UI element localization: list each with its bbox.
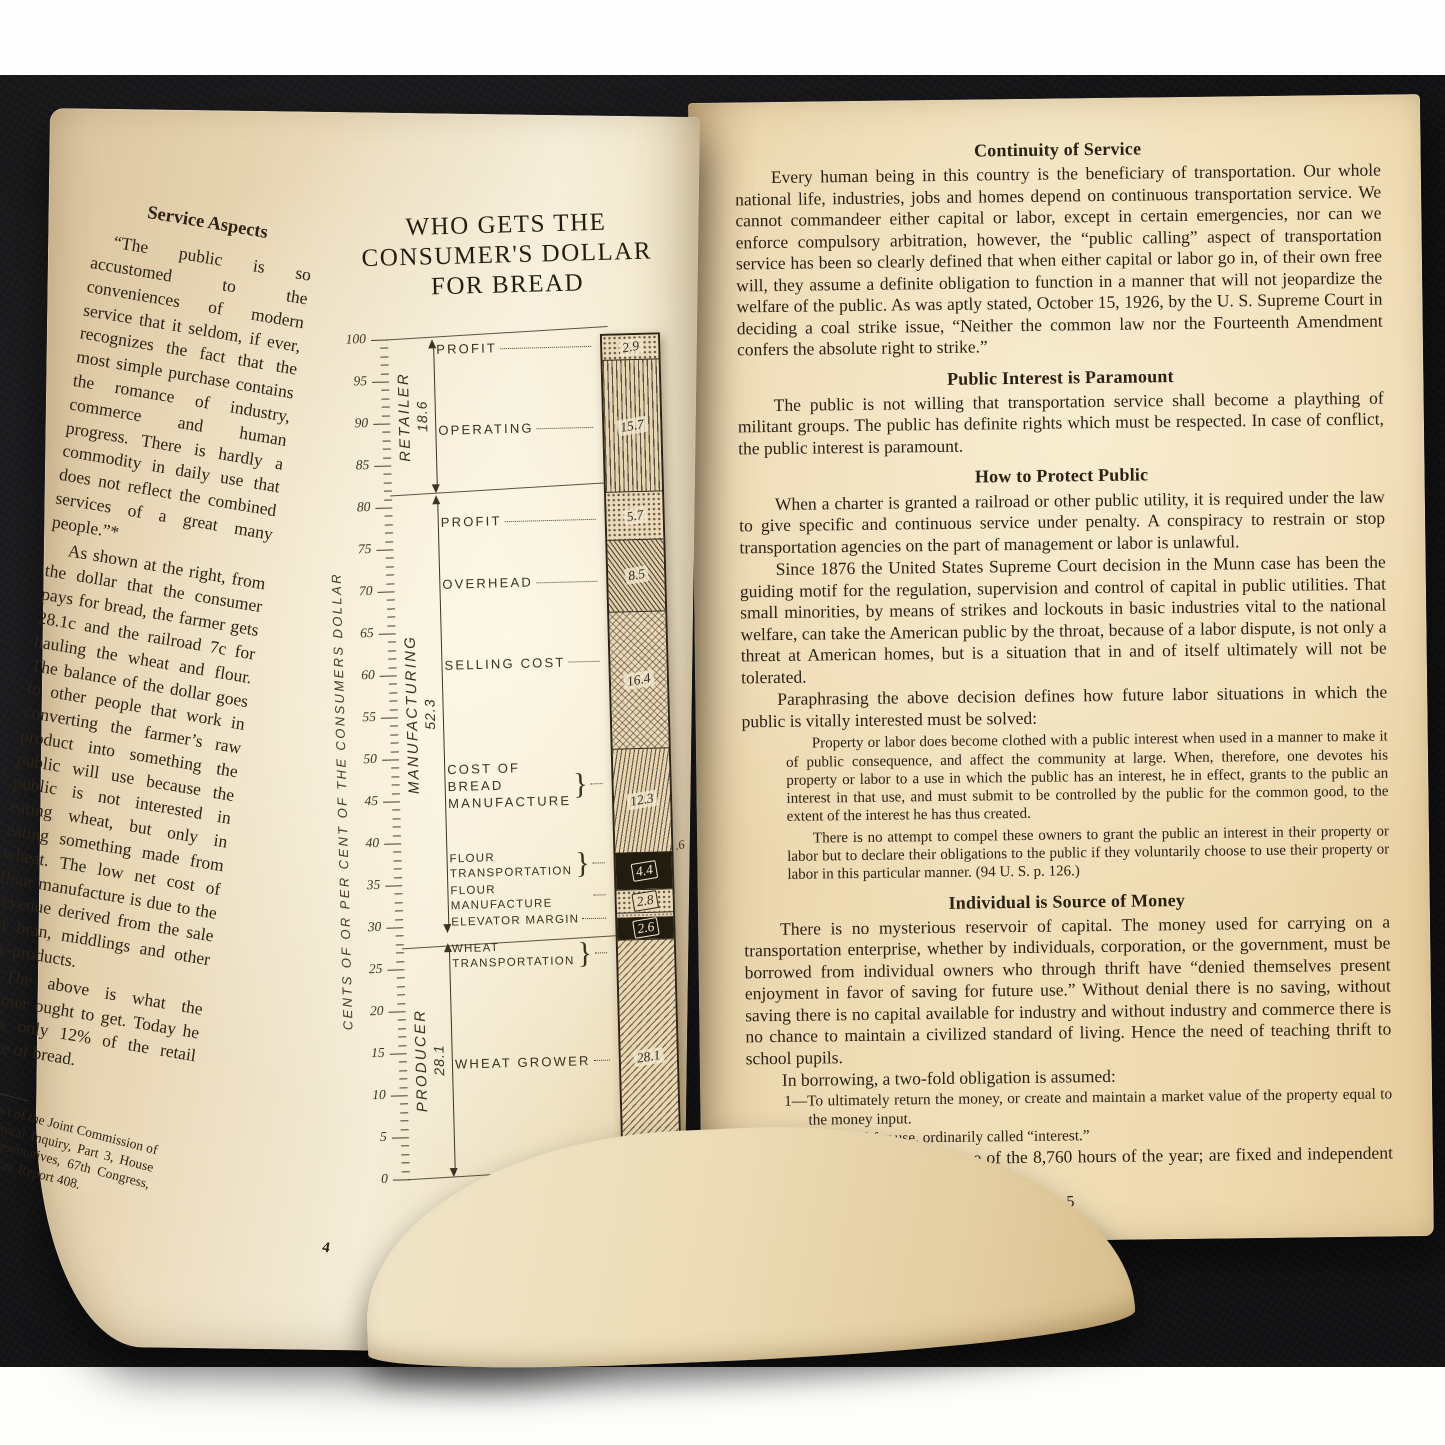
axis-tick [391, 776, 399, 777]
axis-tick [384, 499, 392, 500]
bar-segment: 8.5 [607, 538, 665, 611]
leader-line [537, 427, 594, 429]
axis-tick [398, 1020, 406, 1021]
axis-tick-label: 100 [332, 331, 366, 348]
axis-tick [390, 726, 398, 727]
axis-tick [387, 625, 395, 626]
bar-segment: 2.6 [617, 916, 674, 939]
segment-value: 16.4 [623, 670, 655, 691]
paragraph: There is no mysterious reservoir of capi… [744, 911, 1392, 1069]
segment-label-row: FLOUR MANUFACTURE [450, 880, 609, 914]
axis-tick [383, 449, 391, 450]
leader-line [582, 918, 606, 920]
paragraph: When a charter is granted a railroad or … [739, 486, 1386, 558]
axis-tick [401, 1129, 409, 1130]
bar-segment: 16.4 [609, 610, 669, 749]
segment-label-row: OPERATING [438, 419, 596, 440]
segment-label: OPERATING [438, 421, 534, 440]
axis-tick [379, 633, 396, 634]
axis-tick-label: 0 [354, 1171, 388, 1188]
axis-tick [381, 398, 389, 399]
bar-segment: 12.3 [613, 748, 672, 853]
axis-tick [399, 1078, 407, 1079]
bar-segment: 2.8 [616, 888, 673, 913]
axis-tick [386, 575, 394, 576]
axis-tick [394, 869, 402, 870]
group-name: PRODUCER [411, 1009, 431, 1113]
axis-tick [383, 474, 391, 475]
axis-tick [387, 600, 395, 601]
segment-value: 2.9 [618, 338, 643, 358]
segment-label: OVERHEAD [442, 574, 533, 593]
segment-label-row: SELLING COST [444, 653, 602, 674]
segment-value: 15.7 [616, 416, 648, 437]
group-label: RETAILER18.6 [392, 338, 434, 495]
axis-tick [395, 902, 403, 903]
axis-tick [398, 1028, 406, 1029]
segment-value: .6 [674, 837, 686, 854]
axis-tick [383, 457, 391, 458]
axis-tick [389, 692, 397, 693]
page-number-4: 4 [321, 1239, 331, 1257]
axis-tick [385, 516, 393, 517]
axis-tick [389, 1011, 406, 1012]
axis-tick [381, 717, 398, 718]
axis-tick [384, 843, 401, 844]
axis-tick [389, 701, 397, 702]
axis-tick-label: 35 [346, 877, 380, 894]
axis-tick [402, 1162, 410, 1163]
segment-label-row: COST OF BREAD MANUFACTURE} [447, 758, 606, 812]
leader-line [569, 661, 600, 663]
axis-tick [386, 558, 394, 559]
axis-tick [389, 667, 397, 668]
axis-tick [392, 818, 400, 819]
right-page-content: Continuity of Service Every human being … [734, 135, 1393, 1213]
axis-tick [390, 1053, 407, 1054]
brace-glyph: } [573, 770, 588, 797]
segment-label: WHEAT TRANSPORTATION [452, 939, 576, 972]
axis-tick [382, 407, 390, 408]
segment-value: 8.5 [624, 566, 649, 586]
segment-label: ELEVATOR MARGIN [451, 912, 579, 930]
axis-tick [397, 1003, 405, 1004]
footnote-text: * Report of the Joint Commission of Agri… [0, 1093, 159, 1192]
axis-tick [375, 507, 392, 508]
group-label: PRODUCER28.1 [408, 942, 452, 1179]
axis-tick [393, 827, 401, 828]
axis-tick [393, 852, 401, 853]
axis-tick [376, 549, 393, 550]
leader-line [594, 1060, 610, 1061]
axis-tick [396, 944, 404, 945]
axis-tick [394, 860, 402, 861]
paragraph: Every human being in this country is the… [735, 160, 1383, 362]
axis-tick-label: 5 [353, 1129, 387, 1146]
segment-value: 2.8 [631, 890, 659, 912]
axis-tick-label: 10 [352, 1087, 386, 1104]
axis-tick [382, 759, 399, 760]
group-bracket: PRODUCER28.1 [408, 942, 460, 1179]
axis-tick-label: 95 [333, 373, 367, 390]
axis-tick-label: 90 [334, 415, 368, 432]
segment-value: 12.3 [626, 790, 658, 811]
axis-tick [393, 835, 401, 836]
segment-label-row: FLOUR TRANSPORTATION} [449, 848, 608, 882]
axis-tick [394, 894, 402, 895]
axis-tick [382, 415, 390, 416]
group-value: 28.1 [430, 1045, 447, 1077]
axis-tick [395, 919, 403, 920]
axis-tick [396, 936, 404, 937]
axis-tick [395, 910, 403, 911]
axis-tick [386, 583, 394, 584]
group-value: 52.3 [421, 699, 438, 731]
axis-tick [388, 642, 396, 643]
axis-tick [378, 591, 395, 592]
group-name: RETAILER [395, 372, 414, 462]
segment-value: 4.4 [630, 860, 658, 882]
axis-tick-label: 15 [350, 1045, 384, 1062]
brace-glyph: } [575, 850, 590, 877]
segment-label: FLOUR MANUFACTURE [450, 881, 591, 914]
axis-tick [385, 885, 402, 886]
axis-tick [388, 650, 396, 651]
axis-tick-label: 20 [349, 1003, 383, 1020]
bar-segment: 2.9 [602, 334, 659, 360]
segment-value: 5.7 [622, 506, 647, 526]
segment-value: 28.1 [633, 1047, 665, 1068]
segment-label-row: PROFIT [441, 511, 599, 532]
axis-tick [391, 743, 399, 744]
group-value: 18.6 [414, 401, 431, 433]
axis-tick-label: 85 [335, 457, 369, 474]
leader-line [595, 953, 607, 954]
axis-tick-label: 65 [339, 625, 373, 642]
axis-tick [386, 927, 403, 928]
axis-tick [391, 751, 399, 752]
segment-label: PROFIT [436, 340, 497, 358]
scan-margin-bottom [0, 1367, 1445, 1445]
axis-tick [387, 617, 395, 618]
axis-tick [402, 1171, 410, 1172]
axis-tick [383, 440, 391, 441]
axis-tick-label: 25 [348, 961, 382, 978]
axis-tick [396, 961, 404, 962]
axis-tick-label: 70 [338, 583, 372, 600]
axis-tick [388, 659, 396, 660]
axis-tick [385, 541, 393, 542]
axis-tick [386, 566, 394, 567]
axis-tick [397, 986, 405, 987]
axis-tick [385, 524, 393, 525]
axis-tick [392, 1137, 409, 1138]
axis-tick [390, 734, 398, 735]
segment-label-row: PROFIT [436, 338, 594, 359]
axis-tick [400, 1104, 408, 1105]
bar-segment: 4.4 [615, 851, 672, 889]
bar-column: 2.915.75.78.516.412.34.42.82.628.1 [600, 332, 682, 1177]
axis-tick [387, 969, 404, 970]
right-page: Continuity of Service Every human being … [688, 94, 1434, 1245]
segment-label-row: ELEVATOR MARGIN [451, 911, 609, 930]
group-name: MANUFACTURING [402, 635, 423, 795]
axis-tick [396, 952, 404, 953]
axis-tick [384, 491, 392, 492]
leader-line [591, 783, 603, 784]
footnote-rule [0, 1085, 29, 1102]
axis-tick [401, 1154, 409, 1155]
paragraph: “The public is so accustomed to the conv… [50, 227, 312, 570]
axis-tick [401, 1146, 409, 1147]
axis-tick-label: 50 [343, 751, 377, 768]
axis-tick [392, 810, 400, 811]
left-text-column: Service Aspects “The public is so accust… [0, 193, 318, 1198]
paragraph: The public is not willing that transport… [738, 387, 1385, 459]
booklet-photo: Continuity of Service Every human being … [0, 0, 1445, 1445]
axis-tick [400, 1112, 408, 1113]
axis-tick [381, 365, 389, 366]
axis-tick [400, 1087, 408, 1088]
bar-segment: 15.7 [603, 359, 662, 492]
axis-tick-label: 45 [344, 793, 378, 810]
paragraph: As shown at the right, from the dollar t… [0, 536, 267, 996]
axis-tick [397, 994, 405, 995]
axis-tick [380, 356, 388, 357]
axis-tick [381, 373, 389, 374]
axis-tick [381, 390, 389, 391]
axis-tick [391, 1095, 408, 1096]
axis-tick [392, 785, 400, 786]
group-bracket: MANUFACTURING52.3 [396, 494, 453, 934]
segment-label: WHEAT GROWER [455, 1053, 591, 1073]
axis-tick [389, 684, 397, 685]
axis-tick [394, 877, 402, 878]
axis-tick-label: 80 [336, 499, 370, 516]
axis-tick [372, 381, 389, 382]
blockquote: Property or labor does become clothed wi… [786, 728, 1389, 827]
leader-line [500, 345, 591, 348]
bar-segment: 5.7 [606, 491, 663, 540]
axis-tick [398, 1036, 406, 1037]
axis-tick [373, 423, 390, 424]
axis-tick [399, 1070, 407, 1071]
axis-tick-label: 60 [341, 667, 375, 684]
segment-label-row: OVERHEAD [442, 573, 600, 594]
axis-tick [391, 768, 399, 769]
leader-line [593, 863, 605, 864]
segment-label-row: WHEAT TRANSPORTATION} [452, 938, 611, 972]
segment-label-row: WHEAT GROWER [455, 1052, 613, 1073]
axis-tick [398, 1045, 406, 1046]
axis-tick-label: 55 [342, 709, 376, 726]
axis-tick [382, 432, 390, 433]
axis-tick [383, 801, 400, 802]
axis-tick [390, 709, 398, 710]
axis-tick [380, 348, 388, 349]
segment-label: PROFIT [441, 513, 502, 531]
blockquote: There is no attempt to compel these owne… [787, 822, 1390, 884]
axis-tick [397, 978, 405, 979]
chart-title: WHO GETS THE CONSUMER'S DOLLAR FOR BREAD [355, 206, 659, 304]
segment-value: 2.6 [632, 917, 660, 939]
segment-label: COST OF BREAD MANUFACTURE [447, 759, 572, 812]
chart-plot: CENTS OF OR PER CENT OF THE CONSUMERS DO… [308, 331, 732, 1181]
axis-tick-label: 75 [337, 541, 371, 558]
axis-tick [384, 482, 392, 483]
paragraph: Since 1876 the United States Supreme Cou… [740, 552, 1388, 689]
leader-line [536, 581, 597, 584]
axis-tick-label: 30 [347, 919, 381, 936]
axis-tick [392, 793, 400, 794]
axis-tick [400, 1120, 408, 1121]
axis-tick-label: 40 [345, 835, 379, 852]
axis-tick [374, 465, 391, 466]
paragraph: Paraphrasing the above decision defines … [741, 682, 1387, 733]
scan-margin-top [0, 0, 1445, 75]
segment-label: SELLING COST [444, 654, 565, 674]
group-bracket: RETAILER18.6 [392, 338, 442, 495]
axis-tick [387, 608, 395, 609]
axis-tick [385, 533, 393, 534]
axis-tick [380, 675, 397, 676]
segment-label: FLOUR TRANSPORTATION [449, 849, 573, 882]
brace-glyph: } [577, 940, 592, 967]
group-bracket-arrow [433, 343, 438, 489]
leader-line [594, 895, 606, 896]
axis-tick [399, 1062, 407, 1063]
leader-line [505, 518, 596, 521]
